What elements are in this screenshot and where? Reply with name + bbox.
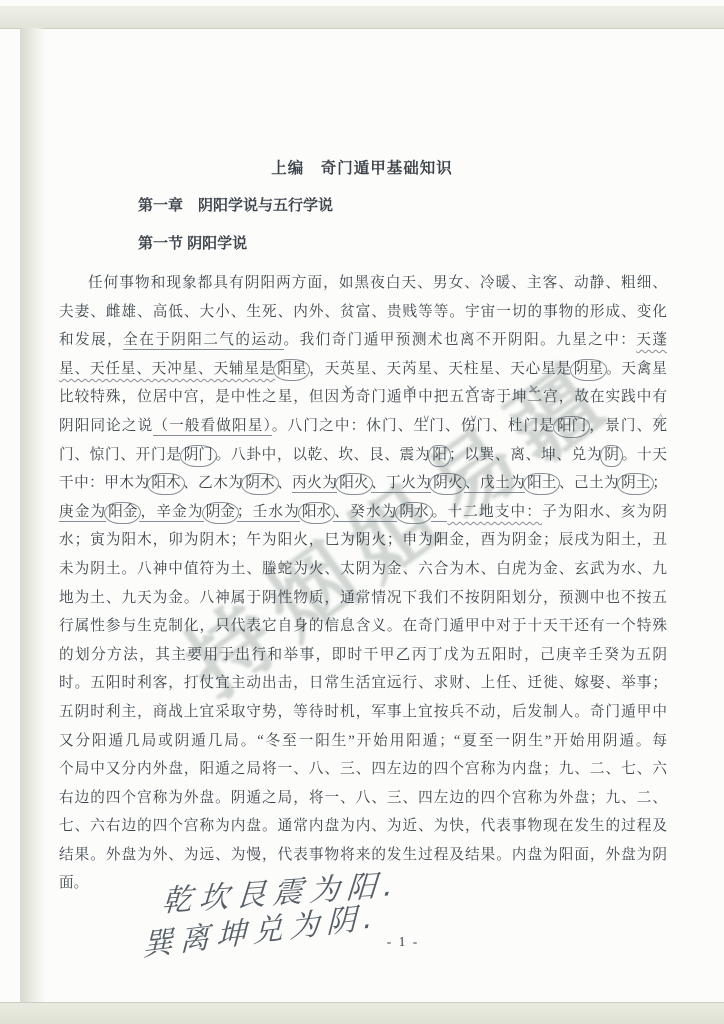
text-run: 。天禽星 [605,361,667,377]
text-run: ； [652,475,667,491]
annotated-text-underline: 、丁火为 [371,475,432,493]
text-run: 又分阳遁几局或阴遁几局。“冬至一阳生”开始用阳遁；“夏至一阴生”开始用阴遁。每 [59,733,667,749]
text-run: 比较特殊，位居中宫，是中性之星，但因为奇门遁甲中把五宫寄于坤二宫，故在实践中有 [59,389,667,405]
annotated-text-xbelow: 天心星✕ [510,361,556,377]
text-run: ；以巽、离、坤、兑为 [449,447,602,463]
paragraph-line: 个局中又分内外盘，阳遁之局将一、八、三、四左边的四个宫称为内盘；九、二、七、六 [59,755,667,784]
annotated-text-xbelow: 天英星✕ [325,361,371,377]
annotated-text-underline: 。 [431,504,448,522]
paragraph-line: 门、惊门、开门是阴门。八卦中，以乾、坎、艮、震为阳；以巽、离、坤、兑为阴。十天 [59,441,667,470]
page-number: - 1 - [41,934,724,950]
scan-edge-top [0,6,724,29]
text-run: 、 [445,418,461,434]
paragraph-line: 又分阳遁几局或阴遁几局。“冬至一阳生”开始用阳遁；“夏至一阴生”开始用阴遁。每 [59,727,667,756]
text-run: 、杜门是 [492,418,555,434]
text-run: 、 [371,361,386,377]
text-run: 、 [433,361,448,377]
annotated-text-checkabove: 生门∨ [413,418,444,434]
paragraph-line: 的划分方法，其主要用于出行和举事，即时干甲乙丙丁戊为五阳时，己庚辛壬癸为五阴 [59,641,667,670]
section-heading: 第一节 阴阳学说 [138,232,247,253]
text-run: 干中：甲木为 [59,475,149,491]
annotated-text-circle: 阴土 [617,473,654,495]
text-run: 门、惊门、开门是 [59,447,182,463]
text-run: 右边的四个宫称为外盘。阴遁之局，将一、八、三、四左边的四个宫称为外盘；九、二、 [59,790,667,806]
annotated-text-wavy: 十二地支中： [447,504,542,520]
annotated-text-wavy: 星、天任星、天冲星、天辅星是 [59,361,275,377]
triangle-mark-icon: △ [657,404,665,433]
paragraph-line: 未为阴土。八神中值符为土、螣蛇为火、太阴为金、六合为木、白虎为金、玄武为水、九 [59,555,667,584]
text-run: 行属性参与生克制化，只代表它自身的信息含义。在奇门遁甲中对于十天干还有一个特殊 [59,618,667,634]
paragraph-line: 星、天任星、天冲星、天辅星是阳星，天英星✕、天芮星✕、天柱星✕、天心星✕是阴星。… [59,355,667,384]
text-run: 时。五阳时利客，打仗宜主动出击，日常生活宜远行、求财、上任、迁徙、嫁娶、举事； [59,675,667,691]
text-run: 、乙木为 [183,475,244,491]
annotated-text-underline: 庚金为 [59,504,106,522]
annotated-text-underline: 全在于阴阳二气的运动 [123,332,283,350]
paragraph-line: 地为土、九天为金。八神属于阴性物质，通常情况下我们不按阴阳划分，预测中也不按五 [59,584,667,613]
text-run: 任何事物和现象都具有阴阳两方面，如黑夜白天、男女、冷暖、主客、动静、粗细、 [88,275,667,291]
annotated-text-circle: 阴星 [570,359,607,381]
paragraph-line: 和发展，全在于阴阳二气的运动。我们奇门遁甲预测术也离不开阴阳。九星之中：天蓬 [59,326,667,355]
annotated-text-circle: 阳木 [147,473,184,495]
annotated-text-underline: 、戊土为 [464,475,525,493]
text-run: 夫妻、雌雄、高低、大小、生死、内外、贫富、贵贱等等。宇宙一切的事物的形成、变化 [59,304,667,320]
check-mark-icon: ∨ [469,405,477,434]
paragraph-line: 任何事物和现象都具有阴阳两方面，如黑夜白天、男女、冷暖、主客、动静、粗细、 [59,269,667,298]
text-run: 、 [495,361,510,377]
paragraph-line: 夫妻、雌雄、高低、大小、生死、内外、贫富、贵贱等等。宇宙一切的事物的形成、变化 [59,298,667,327]
annotated-text-circle: 阳金 [104,502,141,524]
annotated-text-underline: （一般看做阳星） [153,418,272,436]
text-run: 七、六右边的四个宫称为内盘。通常内盘为内、为近、为快，代表事物现在发生的过程及 [59,818,667,834]
paragraph-line: 阴阳同论之说（一般看做阳星）。八门之中：休门、生门∨、伤门∨、杜门是阳门，景门、… [59,412,667,441]
page-title: 上编 奇门遁甲基础知识 [0,156,724,178]
annotated-text-circle: 阴木 [241,473,278,495]
text-run: ，景门、 [588,418,652,434]
annotated-text-circle: 阴 [600,445,623,467]
text-run: 阴阳同论之说 [59,418,153,434]
text-run: 、己土为 [558,475,619,491]
annotated-text-circle: 阳 [428,445,451,467]
text-run: 和发展， [59,332,123,348]
annotated-text-xbelow: 天芮星✕ [387,361,433,377]
annotated-text-wavy: 天蓬 [636,332,667,348]
text-run: 个局中又分内外盘，阳遁之局将一、八、三、四左边的四个宫称为内盘；九、二、七、六 [59,761,667,777]
chapter-heading: 第一章 阴阳学说与五行学说 [138,194,333,215]
annotated-text-underline: ，辛金为 [139,504,203,522]
text-run: 结果。外盘为外、为远、为慢，代表事物将来的发生过程及结果。内盘为阳面，外盘为阴 [59,847,667,863]
annotated-text-underline: 丙火为 [292,475,337,493]
paragraph-line: 右边的四个宫称为外盘。阴遁之局，将一、八、三、四左边的四个宫称为外盘；九、二、 [59,784,667,813]
annotated-text-underline: ；壬水为 [237,504,300,522]
text-run: 五阴时利主，商战上宜采取守势，等待时机，军事上宜按兵不动，后发制人。奇门遁甲中 [59,704,667,720]
paragraph-line: 五阴时利主，商战上宜采取守势，等待时机，军事上宜按兵不动，后发制人。奇门遁甲中 [59,698,667,727]
annotated-text-circle: 阴金 [202,502,239,524]
text-run: 。我们奇门遁甲预测术也离不开阴阳。九星之中： [284,332,637,348]
paragraph-line: 干中：甲木为阳木、乙木为阴木、丙火为阳火、丁火为阴火、戊土为阳土、己土为阴土； [59,469,667,498]
annotated-text-circle: 阳土 [523,473,560,495]
body-paragraph: 任何事物和现象都具有阴阳两方面，如黑夜白天、男女、冷暖、主客、动静、粗细、夫妻、… [59,269,667,898]
paragraph-line: 时。五阳时利客，打仗宜主动出击，日常生活宜远行、求财、上任、迁徙、嫁娶、举事； [59,669,667,698]
text-run: 水；寅为阳木，卯为阴木；午为阳火，巳为阴火；申为阳金，酉为阴金；辰戌为阳土，丑 [59,532,667,548]
annotated-text-triangleabove: 死△ [652,418,667,434]
text-run: 面。 [59,875,88,891]
paragraph-line: 庚金为阳金，辛金为阴金；壬水为阳水、癸水为阴水。十二地支中：子为阳水、亥为阴 [59,498,667,527]
annotated-text-circle: 阳水 [298,502,335,524]
scanned-page: 持烟姐易疆 上编 奇门遁甲基础知识 第一章 阴阳学说与五行学说 第一节 阴阳学说… [0,0,724,1024]
annotated-text-circle: 阳门 [553,416,590,438]
annotated-text-xbelow: 天柱星✕ [448,361,494,377]
paragraph-line: 比较特殊，位居中宫，是中性之星，但因为奇门遁甲中把五宫寄于坤二宫，故在实践中有 [59,383,667,412]
annotated-text-circle: 阴水 [395,502,432,524]
annotated-text-circle: 阴门 [180,445,217,467]
annotated-text-circle: 阳星 [273,359,310,381]
text-run: 。十天 [621,447,667,463]
annotated-text-underline: 、癸水为 [333,504,397,522]
annotated-text-checkabove: 伤门∨ [461,418,492,434]
scan-edge-bottom [0,1002,724,1024]
text-run: 未为阴土。八神中值符为土、螣蛇为火、太阴为金、六合为木、白虎为金、玄武为水、九 [59,561,667,577]
text-run: 地为土、九天为金。八神属于阴性物质，通常情况下我们不按阴阳划分，预测中也不按五 [59,590,667,606]
text-run: 子为阳水、亥为阴 [542,504,667,520]
text-run: 。八门之中：休门、 [272,418,414,434]
paragraph-line: 行属性参与生克制化，只代表它自身的信息含义。在奇门遁甲中对于十天干还有一个特殊 [59,612,667,641]
text-run: 的划分方法，其主要用于出行和举事，即时干甲乙丙丁戊为五阳时，己庚辛壬癸为五阴 [59,647,667,663]
paragraph-line: 水；寅为阳木，卯为阴木；午为阳火，巳为阴火；申为阳金，酉为阴金；辰戌为阳土，丑 [59,526,667,555]
annotated-text-circle: 阴火 [429,473,466,495]
paragraph-line: 七、六右边的四个宫称为内盘。通常内盘为内、为近、为快，代表事物现在发生的过程及 [59,812,667,841]
text-run: 、 [277,475,293,491]
text-run: ， [308,361,324,377]
annotated-text-circle: 阳火 [335,473,372,495]
text-run: 。八卦中，以乾、坎、艮、震为 [215,447,430,463]
check-mark-icon: ∨ [422,405,430,434]
